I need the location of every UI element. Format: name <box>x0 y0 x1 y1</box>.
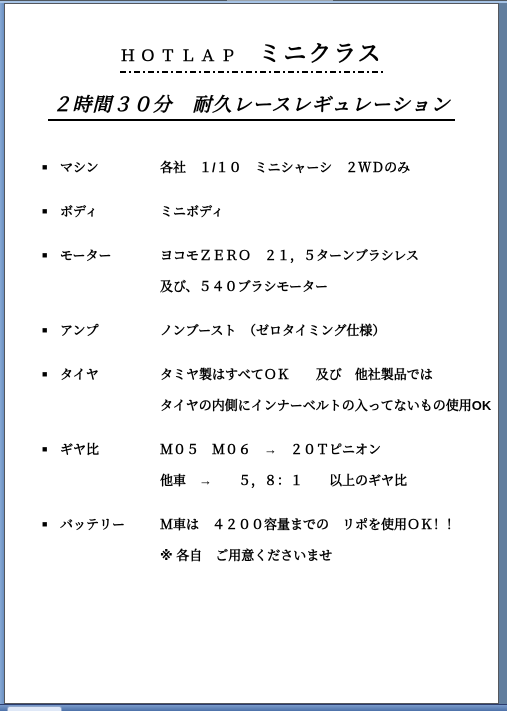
item-value: ノンブースト （ゼロタイミング仕様） <box>160 315 385 346</box>
square-bullet-icon: ■ <box>42 315 60 346</box>
regulation-item-tire: ■ タイヤ タミヤ製はすべてＯＫ 及び 他社製品では タイヤの内側にインナーベル… <box>42 359 498 421</box>
item-value-line: ヨコモＺＥＲＯ ２１，５ターンブラシレス <box>160 240 419 271</box>
title-brand: ＨＯＴＬＡＰ <box>120 45 240 66</box>
regulation-item-gear-ratio: ■ ギヤ比 Ｍ０５ Ｍ０６ → ２０Ｔピニオン 他車 → ５，８：１ 以上のギヤ… <box>42 434 498 496</box>
item-value-line: ※ 各自 ご用意くださいませ <box>160 540 459 571</box>
item-value: ヨコモＺＥＲＯ ２１，５ターンブラシレス 及び、５４０ブラシモーター <box>160 240 419 302</box>
regulation-list: ■ マシン 各社 １/１０ ミニシャーシ ２ＷＤのみ ■ ボディ ミニボディ ■… <box>5 152 498 571</box>
screen: ＨＯＴＬＡＰ ミニクラス ２時間３０分 耐久レースレギュレーション ■ マシン … <box>0 0 507 711</box>
item-label: マシン <box>60 152 160 183</box>
item-value-line: タイヤの内側にインナーベルトの入ってないもの使用OK <box>160 390 491 421</box>
status-bar-button[interactable] <box>7 706 62 711</box>
item-value: 各社 １/１０ ミニシャーシ ２ＷＤのみ <box>160 152 410 183</box>
item-value-line: ミニボディ <box>160 196 224 227</box>
item-value: Ｍ車は ４２００容量までの リポを使用ＯＫ！！ ※ 各自 ご用意くださいませ <box>160 509 459 571</box>
square-bullet-icon: ■ <box>42 359 60 421</box>
item-label: モーター <box>60 240 160 302</box>
page-subtitle: ２時間３０分 耐久レースレギュレーション <box>48 90 454 121</box>
title-dashdot-underline <box>120 71 382 73</box>
item-value-line: 他車 → ５，８：１ 以上のギヤ比 <box>160 465 407 496</box>
regulation-item-body: ■ ボディ ミニボディ <box>42 196 498 227</box>
item-label: ギヤ比 <box>60 434 160 496</box>
regulation-item-esc: ■ アンプ ノンブースト （ゼロタイミング仕様） <box>42 315 498 346</box>
app-background-right <box>499 3 507 704</box>
item-value: ミニボディ <box>160 196 224 227</box>
window-top-edge-segment <box>227 0 333 1</box>
regulation-item-battery: ■ バッテリー Ｍ車は ４２００容量までの リポを使用ＯＫ！！ ※ 各自 ご用意… <box>42 509 498 571</box>
item-value-line: Ｍ０５ Ｍ０６ → ２０Ｔピニオン <box>160 434 407 465</box>
item-value-line: ノンブースト （ゼロタイミング仕様） <box>160 315 385 346</box>
subtitle-row: ２時間３０分 耐久レースレギュレーション <box>5 90 498 121</box>
square-bullet-icon: ■ <box>42 434 60 496</box>
item-value-line: タミヤ製はすべてＯＫ 及び 他社製品では <box>160 359 491 390</box>
page-title: ＨＯＴＬＡＰ ミニクラス <box>120 35 382 73</box>
item-value: Ｍ０５ Ｍ０６ → ２０Ｔピニオン 他車 → ５，８：１ 以上のギヤ比 <box>160 434 407 496</box>
item-label: バッテリー <box>60 509 160 571</box>
title-class-name: ミニクラス <box>258 35 382 68</box>
item-value-line: 及び、５４０ブラシモーター <box>160 271 419 302</box>
square-bullet-icon: ■ <box>42 152 60 183</box>
document-page: ＨＯＴＬＡＰ ミニクラス ２時間３０分 耐久レースレギュレーション ■ マシン … <box>4 3 499 704</box>
square-bullet-icon: ■ <box>42 509 60 571</box>
square-bullet-icon: ■ <box>42 240 60 302</box>
square-bullet-icon: ■ <box>42 196 60 227</box>
status-bar <box>0 704 507 711</box>
regulation-item-motor: ■ モーター ヨコモＺＥＲＯ ２１，５ターンブラシレス 及び、５４０ブラシモータ… <box>42 240 498 302</box>
item-value-line: Ｍ車は ４２００容量までの リポを使用ＯＫ！！ <box>160 509 459 540</box>
item-label: ボディ <box>60 196 160 227</box>
item-label: タイヤ <box>60 359 160 421</box>
item-value: タミヤ製はすべてＯＫ 及び 他社製品では タイヤの内側にインナーベルトの入ってな… <box>160 359 491 421</box>
regulation-item-machine: ■ マシン 各社 １/１０ ミニシャーシ ２ＷＤのみ <box>42 152 498 183</box>
item-value-line: 各社 １/１０ ミニシャーシ ２ＷＤのみ <box>160 152 410 183</box>
item-label: アンプ <box>60 315 160 346</box>
title-row: ＨＯＴＬＡＰ ミニクラス <box>5 35 498 73</box>
